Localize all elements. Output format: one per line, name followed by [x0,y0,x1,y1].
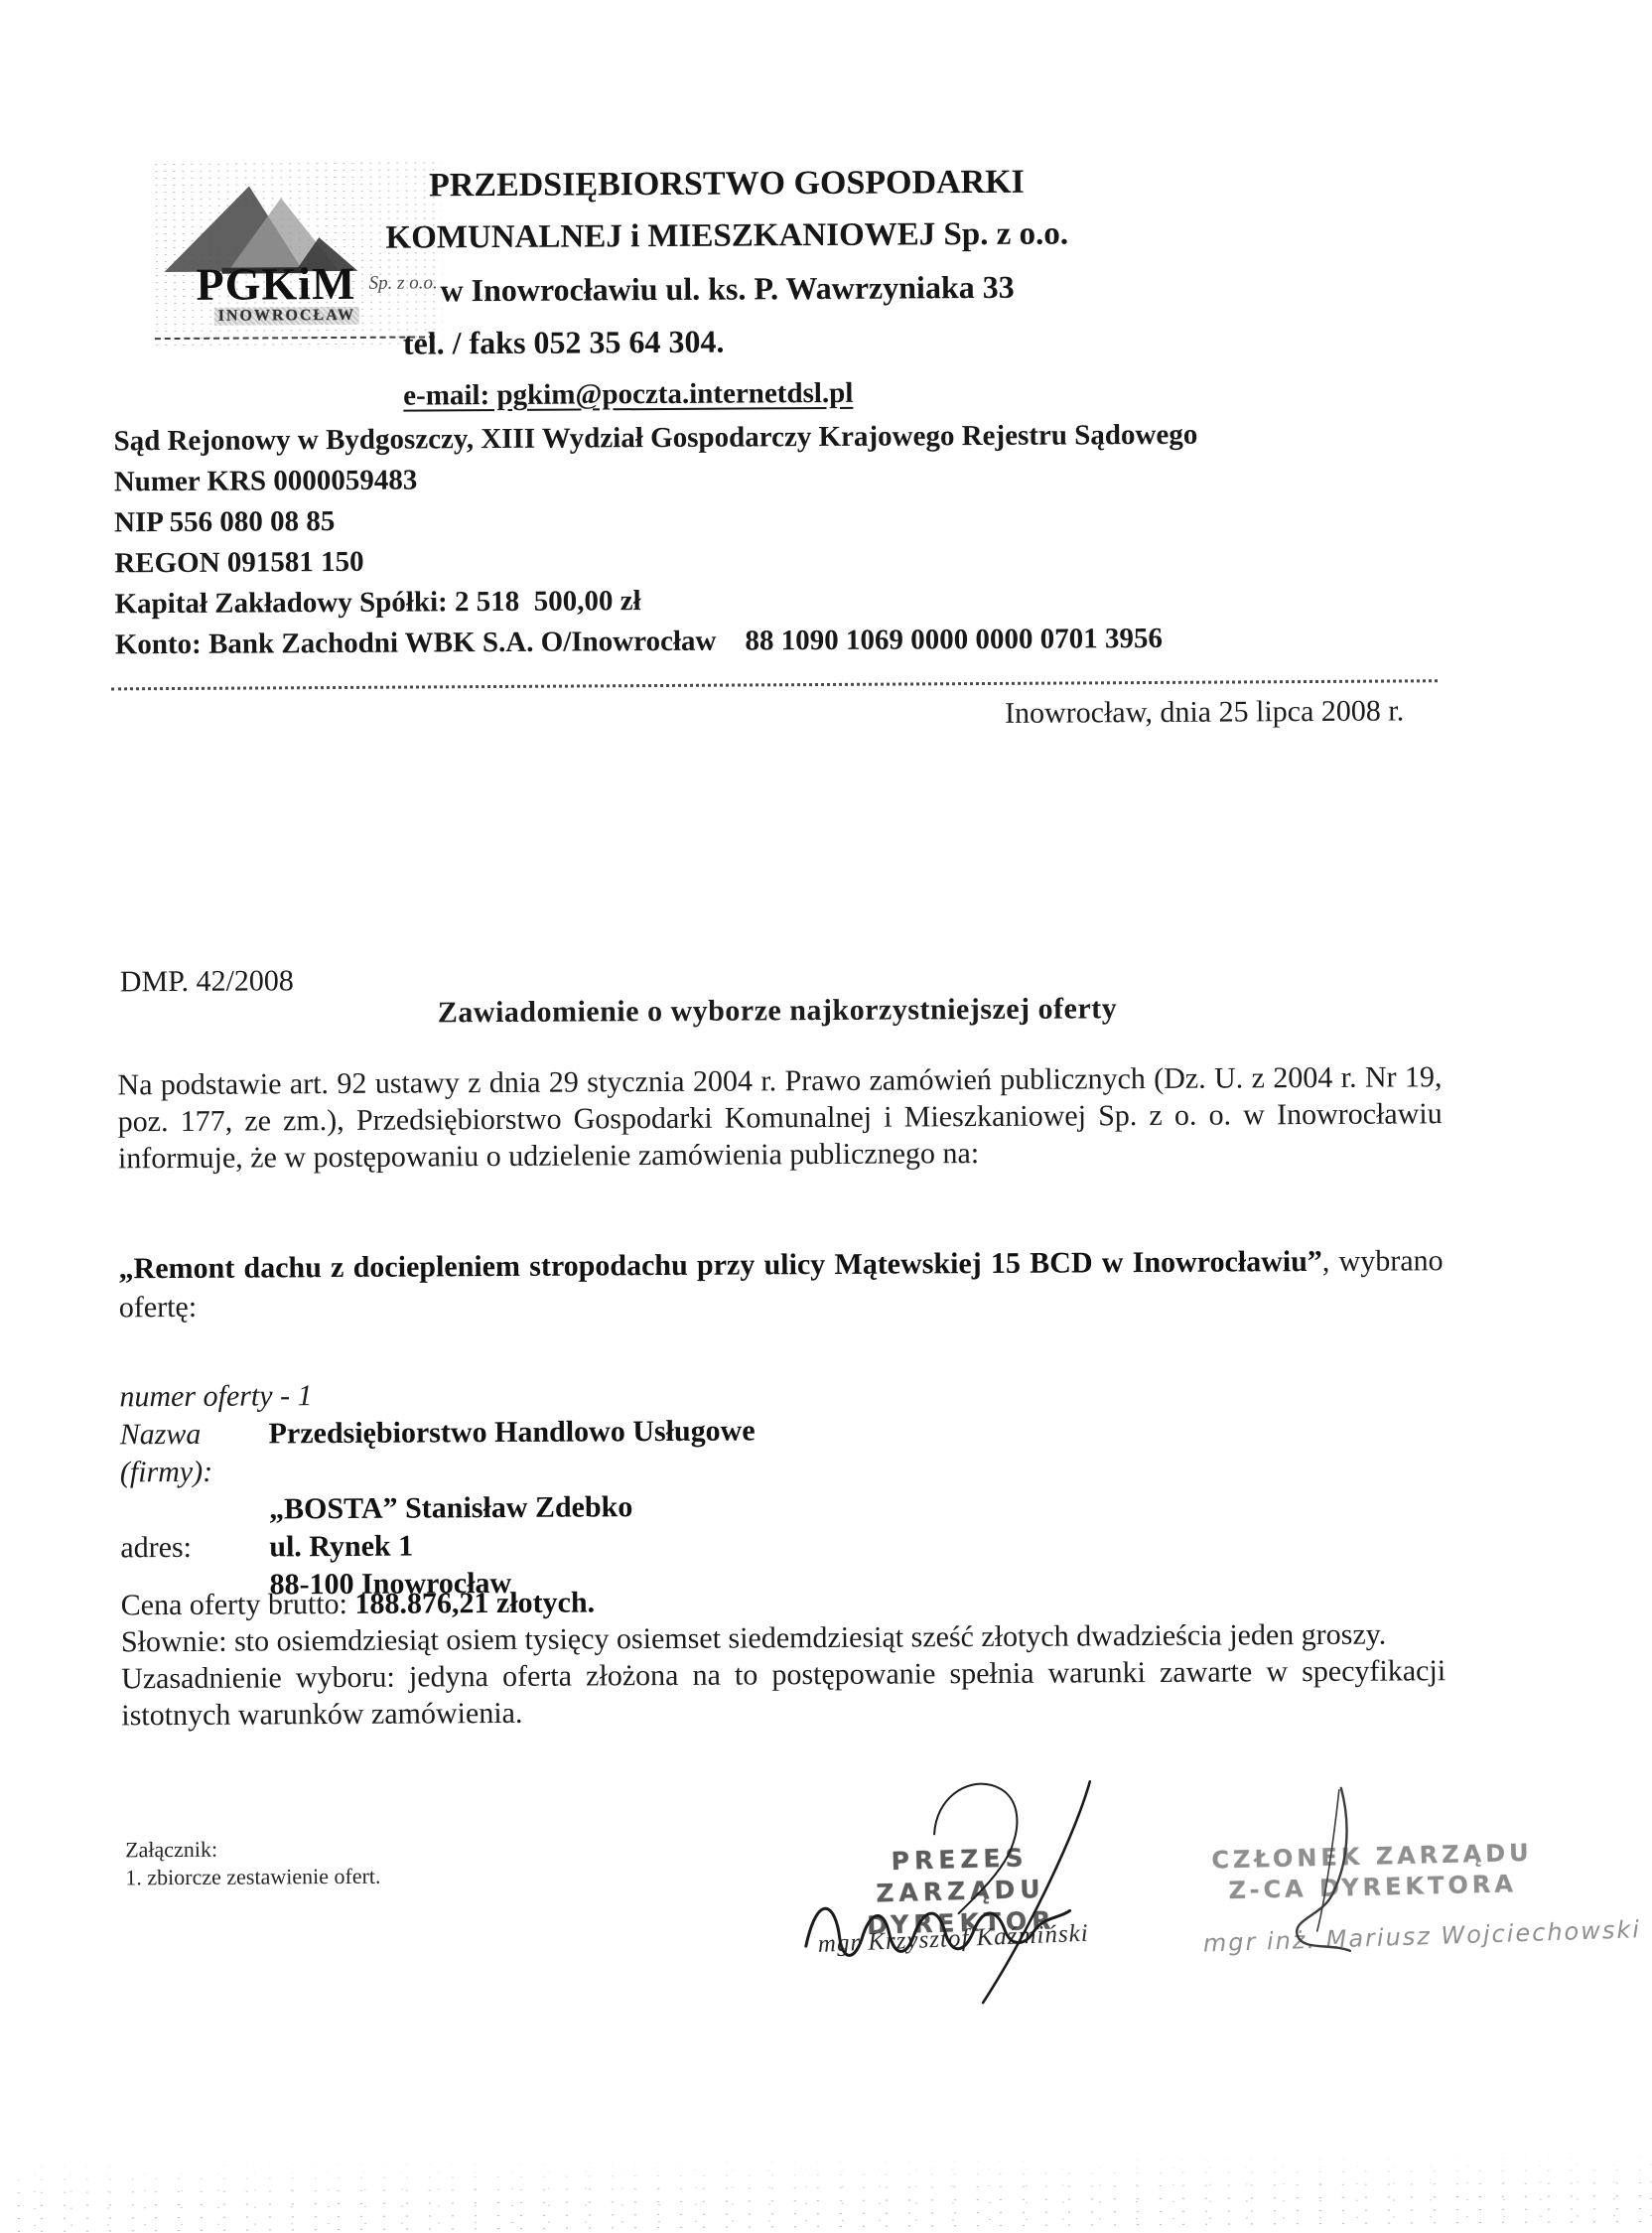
attachment-label: Załącznik: [125,1835,380,1865]
offer-name-row: Nazwa (firmy): Przedsiębiorstwo Handlowo… [120,1410,1163,1491]
president-stamp-line1: PREZES ZARZĄDU [810,1840,1110,1911]
price-block: Cena oferty brutto: 188.876,21 złotych. … [121,1579,1446,1734]
intro-paragraph: Na podstawie art. 92 ustawy z dnia 29 st… [117,1058,1443,1177]
dotted-separator [111,679,1438,690]
place-and-date: Inowrocław, dnia 25 lipca 2008 r. [115,694,1436,736]
logo-city-text: INOWROCŁAW [214,307,359,326]
registry-bank-account: Konto: Bank Zachodni WBK S.A. O/Inowrocł… [115,617,1445,665]
offer-name-label: Nazwa (firmy): [120,1415,269,1491]
board-member-stamp-line2: Z-CA DYREKTORA [1208,1869,1537,1907]
selected-offer-block: numer oferty - 1 Nazwa (firmy): Przedsię… [119,1372,1163,1605]
scan-noise-band [7,2151,1652,2233]
offer-number: numer oferty - 1 [119,1372,1162,1416]
offer-name-row2: „BOSTA” Stanisław Zdebko [120,1485,1163,1529]
registry-block: Sąd Rejonowy w Bydgoszczy, XIII Wydział … [113,413,1445,665]
company-name-line2: KOMUNALNEJ i MIESZKANIOWEJ Sp. z o.o. [344,208,1109,265]
gross-price-value: 188.876,21 złotych. [354,1586,595,1619]
choice-justification: Uzasadnienie wyboru: jedyna oferta złożo… [121,1652,1445,1734]
logo-text: PGKiM [196,261,355,308]
offer-name-label-empty [120,1490,269,1529]
offer-number-row: numer oferty - 1 [119,1372,1162,1416]
offer-address-line1: ul. Rynek 1 [269,1523,1163,1566]
attachment-item: 1. zbiorcze zestawienie ofert. [125,1863,380,1892]
attachment-block: Załącznik: 1. zbiorcze zestawienie ofert… [125,1835,380,1892]
company-email-line: e-mail: pgkim@poczta.internetdsl.pl [345,365,1110,423]
gross-price-label: Cena oferty brutto: [121,1588,355,1621]
document-title: Zawiadomienie o wyborze najkorzystniejsz… [117,990,1438,1032]
document-content: PGKiM INOWROCŁAW Sp. z o.o. PRZEDSIĘBIOR… [0,0,1652,2233]
letterhead: PRZEDSIĘBIORSTWO GOSPODARKI KOMUNALNEJ i… [344,155,1111,423]
offer-company-name-line2: „BOSTA” Stanisław Zdebko [269,1485,1163,1528]
subject-paragraph: „Remont dachu z dociepleniem stropodachu… [118,1241,1443,1326]
company-address-line: w Inowrocławiu ul. ks. P. Wawrzyniaka 33 [344,260,1109,318]
company-phone-line: tel. / faks 052 35 64 304. [345,313,1110,370]
reference-number: DMP. 42/2008 [120,964,294,999]
board-member-stamp: CZŁONEK ZARZĄDU Z-CA DYREKTORA [1208,1838,1537,1907]
company-name-line1: PRZEDSIĘBIORSTWO GOSPODARKI [344,155,1109,212]
offer-company-name-line1: Przedsiębiorstwo Handlowo Usługowe [269,1410,1163,1490]
scanned-letter-page: PGKiM INOWROCŁAW Sp. z o.o. PRZEDSIĘBIOR… [0,0,1652,2233]
offer-address-row: adres: ul. Rynek 1 [120,1523,1163,1567]
contract-subject: „Remont dachu z dociepleniem stropodachu… [119,1245,1322,1285]
offer-address-label: adres: [120,1528,269,1567]
board-member-signature-name: mgr inż. Mariusz Wojciechowski [1202,1915,1641,1957]
